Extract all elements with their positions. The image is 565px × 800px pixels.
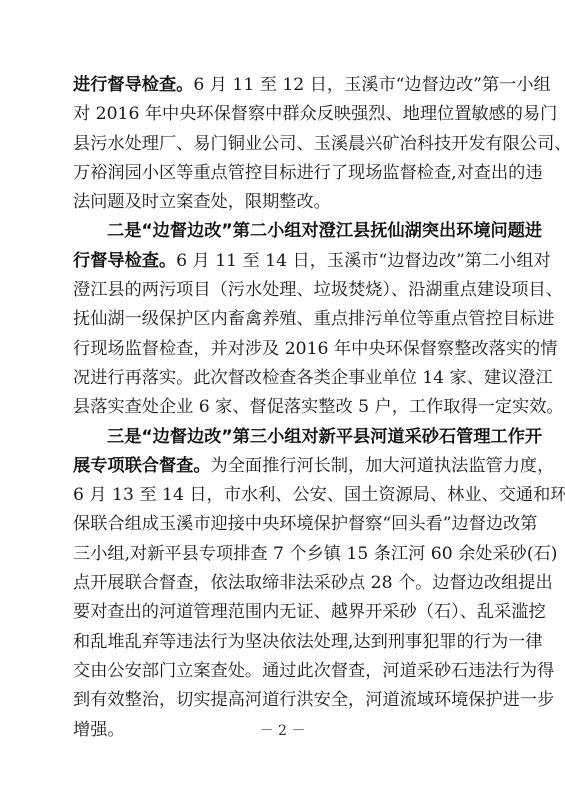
text-line: 三小组,对新平县专项排查 7 个乡镇 15 条江河 60 余处采砂(石) [73,540,493,569]
text-line: 进行督导检查。6 月 11 至 12 日，玉溪市“边督边改”第一小组 [73,71,493,100]
paragraph-3: 三是“边督边改”第三小组对新平县河道采砂石管理工作开 展专项联合督查。为全面推行… [73,423,493,745]
text-line: 行督导检查。6 月 11 至 14 日，玉溪市“边督边改”第二小组对 [73,247,493,276]
text-line: 县污水处理厂、易门铜业公司、玉溪晨兴矿冶科技开发有限公司、 [73,130,493,159]
paragraph-2: 二是“边督边改”第二小组对澄江县抚仙湖突出环境问题进 行督导检查。6 月 11 … [73,217,493,422]
text-line: 法问题及时立案查处，限期整改。 [73,188,493,217]
paragraph-1: 进行督导检查。6 月 11 至 12 日，玉溪市“边督边改”第一小组 对 201… [73,71,493,217]
text-line: 保联合组成玉溪市迎接中央环境保护督察“回头看”边督边改第 [73,510,493,539]
paragraph-heading: 三是“边督边改”第三小组对新平县河道采砂石管理工作开 [73,423,493,452]
text-line: 和乱堆乱弃等违法行为坚决依法处理,达到刑事犯罪的行为一律 [73,628,493,657]
text-line: 点开展联合督查，依法取缔非法采砂点 28 个。边督边改组提出 [73,569,493,598]
text-line: 到有效整治，切实提高河道行洪安全，河道流域环境保护进一步 [73,686,493,715]
document-page: 进行督导检查。6 月 11 至 12 日，玉溪市“边督边改”第一小组 对 201… [0,0,565,800]
text-line: 要对查出的河道管理范围内无证、越界开采砂（石）、乱采滥挖 [73,598,493,627]
paragraph-heading: 二是“边督边改”第二小组对澄江县抚仙湖突出环境问题进 [73,217,493,246]
text-line: 澄江县的两污项目（污水处理、垃圾焚烧）、沿湖重点建设项目、 [73,276,493,305]
text-line: 交由公安部门立案查处。通过此次督查，河道采砂石违法行为得 [73,657,493,686]
text-line: 万裕润园小区等重点管控目标进行了现场监督检查,对查出的违 [73,159,493,188]
text-line: 况进行再落实。此次督改检查各类企事业单位 14 家、建议澄江 [73,364,493,393]
text-line: 县落实查处企业 6 家、督促落实整改 5 户，工作取得一定实效。 [73,393,493,422]
text-line: 展专项联合督查。为全面推行河长制，加大河道执法监管力度， [73,452,493,481]
page-number: － 2 － [0,720,565,740]
text-line: 6 月 13 至 14 日，市水利、公安、国土资源局、林业、交通和环 [73,481,493,510]
text-line: 行现场监督检查，并对涉及 2016 年中央环保督察整改落实的情 [73,335,493,364]
text-line: 对 2016 年中央环保督察中群众反映强烈、地理位置敏感的易门 [73,100,493,129]
body-text: 进行督导检查。6 月 11 至 12 日，玉溪市“边督边改”第一小组 对 201… [73,71,493,745]
text-line: 抚仙湖一级保护区内畜禽养殖、重点排污单位等重点管控目标进 [73,305,493,334]
